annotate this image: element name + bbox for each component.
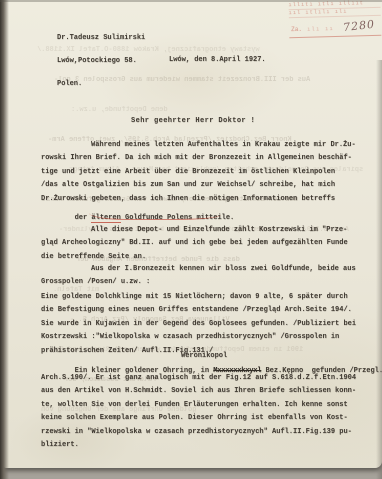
stamp-illegible-dots: ılı ıı bbox=[307, 26, 334, 33]
typed-line: Grosspolen /Posen/ u.zw. : bbox=[41, 276, 356, 289]
sender-address: Dr.Tadeusz Sulimirski Lwów,Potockiego 58… bbox=[57, 20, 145, 104]
scanned-letter-page: wystawy etnograficznej, Kraków 1880-O.Ta… bbox=[0, 0, 382, 479]
typed-line: keine solchen Exemplare aus Polen. Diese… bbox=[41, 412, 356, 425]
letter-paper: wystawy etnograficznej, Kraków 1880-O.Ta… bbox=[3, 0, 382, 468]
letter-content: ıllıtı ıtlı ıllııt ııl ıtlılı ılı Za. ıl… bbox=[3, 0, 382, 468]
stamp-number-row: Za. ılı ıı 7280 bbox=[289, 19, 381, 38]
paragraph-3: Aus der I.Bronzezeit kennen wir bloss zw… bbox=[41, 263, 356, 290]
typed-line: te, wollten Sie von derlei Funden Erläut… bbox=[41, 399, 356, 412]
typed-line: Dr.Żurowski gebeten, dass ich Ihnen die … bbox=[41, 193, 356, 206]
typed-line: Während meines letzten Aufenthaltes in K… bbox=[41, 139, 356, 152]
line-text: der bbox=[75, 214, 92, 222]
paragraph-4-part-a: Eine goldene Dolchklinge mit 15 Nietlöch… bbox=[41, 291, 356, 358]
typed-line: gląd Archeologiczny" Bd.II. auf und ich … bbox=[41, 237, 348, 250]
stamp-prefix: Za. bbox=[291, 26, 302, 33]
typed-line: /das alte Ostgalizien bis zum San und zu… bbox=[41, 179, 356, 192]
red-pencil-curve-mark bbox=[89, 213, 221, 220]
handwritten-number: 7280 bbox=[342, 18, 375, 35]
sender-name: Dr.Tadeusz Sulimirski bbox=[57, 35, 145, 43]
typed-line: die Befestigung eines neuen Griffes ents… bbox=[41, 304, 356, 317]
typed-line: tige und jetzt eine Arbeit über die Bron… bbox=[41, 166, 356, 179]
stamp-illegible-row: ııl ıtlılı ılı bbox=[289, 8, 381, 18]
corrected-line: Ein kleiner goldener Ohrring, in Mxxxxxx… bbox=[41, 359, 382, 372]
registry-stamp: ıllıtı ıtlı ıllııt ııl ıtlılı ılı Za. ıl… bbox=[288, 0, 381, 46]
typed-line: Eine goldene Dolchklinge mit 15 Nietlöch… bbox=[41, 291, 356, 304]
scan-top-edge-shadow bbox=[0, 0, 382, 2]
scan-right-edge-shadow bbox=[376, 60, 382, 479]
typed-line: Alle diese Depot- und Einzelfunde zählt … bbox=[41, 224, 348, 237]
paragraph-2: Alle diese Depot- und Einzelfunde zählt … bbox=[41, 224, 348, 264]
paragraph-1: Während meines letzten Aufenthaltes in K… bbox=[41, 139, 356, 206]
typed-line: rowski Ihren Brief. Da ich mich mit der … bbox=[41, 152, 356, 165]
typed-line: Aus der I.Bronzezeit kennen wir bloss zw… bbox=[41, 263, 356, 276]
typed-line: Sie wurde in Kujawien in der Gegend des … bbox=[41, 318, 356, 331]
paragraph-4-part-b: Arch.S.190/. Er ist ganz analogisch mit … bbox=[41, 372, 356, 452]
date-line: Lwów, den 8.April 1927. bbox=[169, 56, 266, 64]
scan-left-edge-shadow bbox=[0, 0, 9, 479]
typed-correction-above-line: Weronikopol bbox=[181, 352, 227, 360]
typed-line: bliziert. bbox=[41, 439, 356, 452]
sender-country: Polen. bbox=[57, 81, 145, 89]
salutation: Sehr geehrter Herr Doktor ! bbox=[131, 117, 255, 125]
typed-line: Kostrzewski :"Wielkopolska w czasach prz… bbox=[41, 331, 356, 344]
typed-line: aus den Artikel von H.Schmidt. Soviel ic… bbox=[41, 385, 356, 398]
sender-street: Lwów,Potockiego 58. bbox=[57, 58, 145, 66]
typed-line: Arch.S.190/. Er ist ganz analogisch mit … bbox=[41, 372, 356, 385]
typed-line: rzewski in "Wielkopolska w czasach przed… bbox=[41, 426, 356, 439]
red-underlined-line: der älteren Goldfunde Polens mitteile. bbox=[41, 206, 234, 219]
